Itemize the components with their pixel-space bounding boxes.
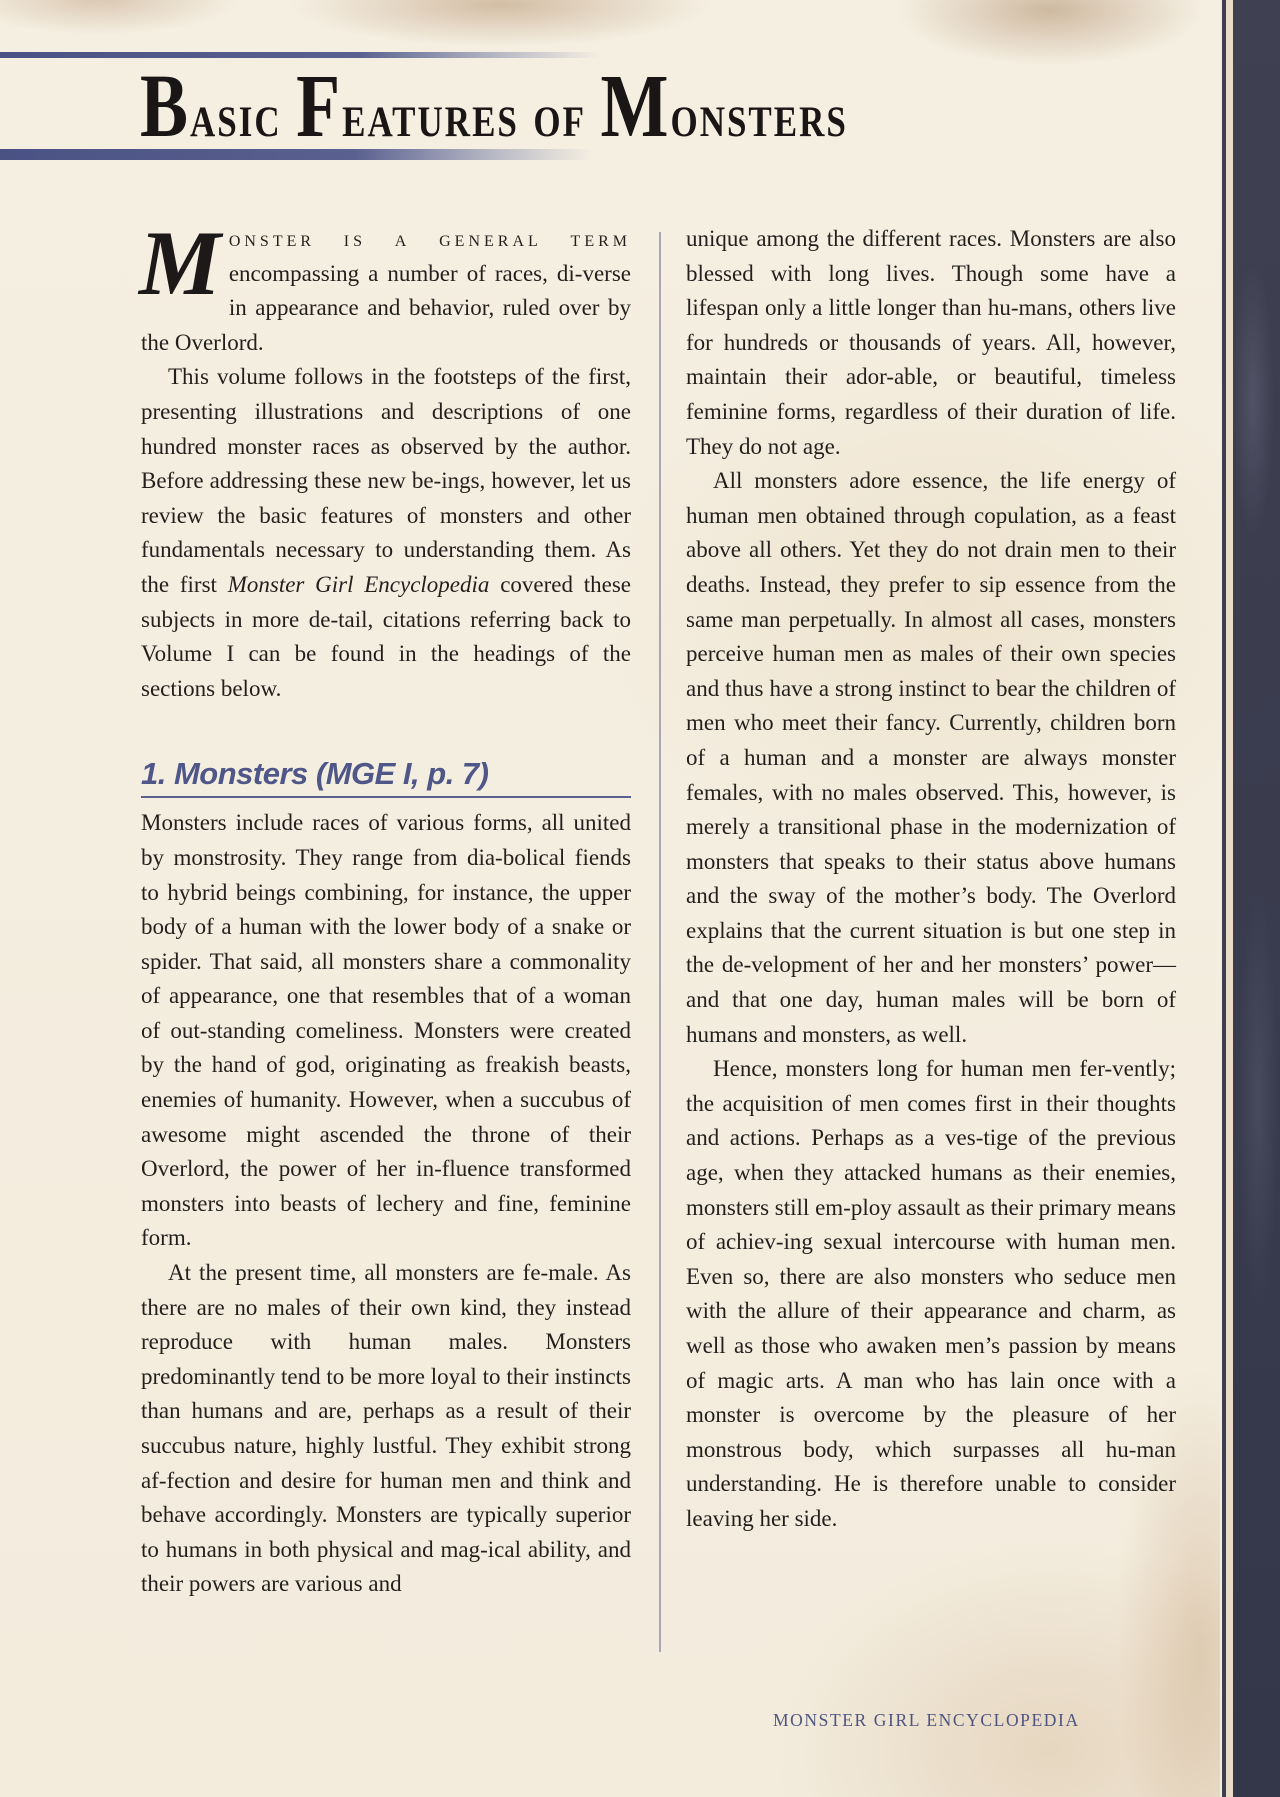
book-spine-edge — [1233, 0, 1280, 1797]
body-paragraph: At the present time, all monsters are fe… — [141, 1256, 631, 1602]
book-title-italic: Monster Girl Encyclopedia — [228, 572, 490, 597]
title-word: Basic — [140, 80, 282, 150]
intro-paragraph: Monster is a general term encompassing a… — [141, 222, 631, 360]
right-column: unique among the different races. Monste… — [686, 222, 1176, 1537]
section-heading-monsters: 1. Monsters (MGE I, p. 7) — [141, 754, 631, 798]
body-paragraph: Monsters include races of various forms,… — [141, 806, 631, 1256]
drop-cap: M — [139, 228, 221, 298]
title-word: Monsters — [601, 80, 848, 150]
intro-text-a: This volume follows in the footsteps of … — [141, 364, 631, 597]
intro-paragraph-2: This volume follows in the footsteps of … — [141, 360, 631, 706]
intro-lead-smallcaps: onster is a general term — [229, 226, 631, 251]
column-divider — [659, 232, 661, 1652]
left-column: Monster is a general term encompassing a… — [141, 222, 631, 1602]
title-word: Features — [296, 80, 519, 150]
spine-gap — [1226, 0, 1233, 1797]
running-footer: MONSTER GIRL ENCYCLOPEDIA — [773, 1710, 1080, 1731]
body-paragraph: Hence, monsters long for human men fer-v… — [686, 1052, 1176, 1536]
title-word: of — [533, 80, 586, 150]
page-title: Basic Features of Monsters — [140, 50, 1200, 171]
body-paragraph: All monsters adore essence, the life ene… — [686, 464, 1176, 1052]
body-paragraph: unique among the different races. Monste… — [686, 222, 1176, 464]
